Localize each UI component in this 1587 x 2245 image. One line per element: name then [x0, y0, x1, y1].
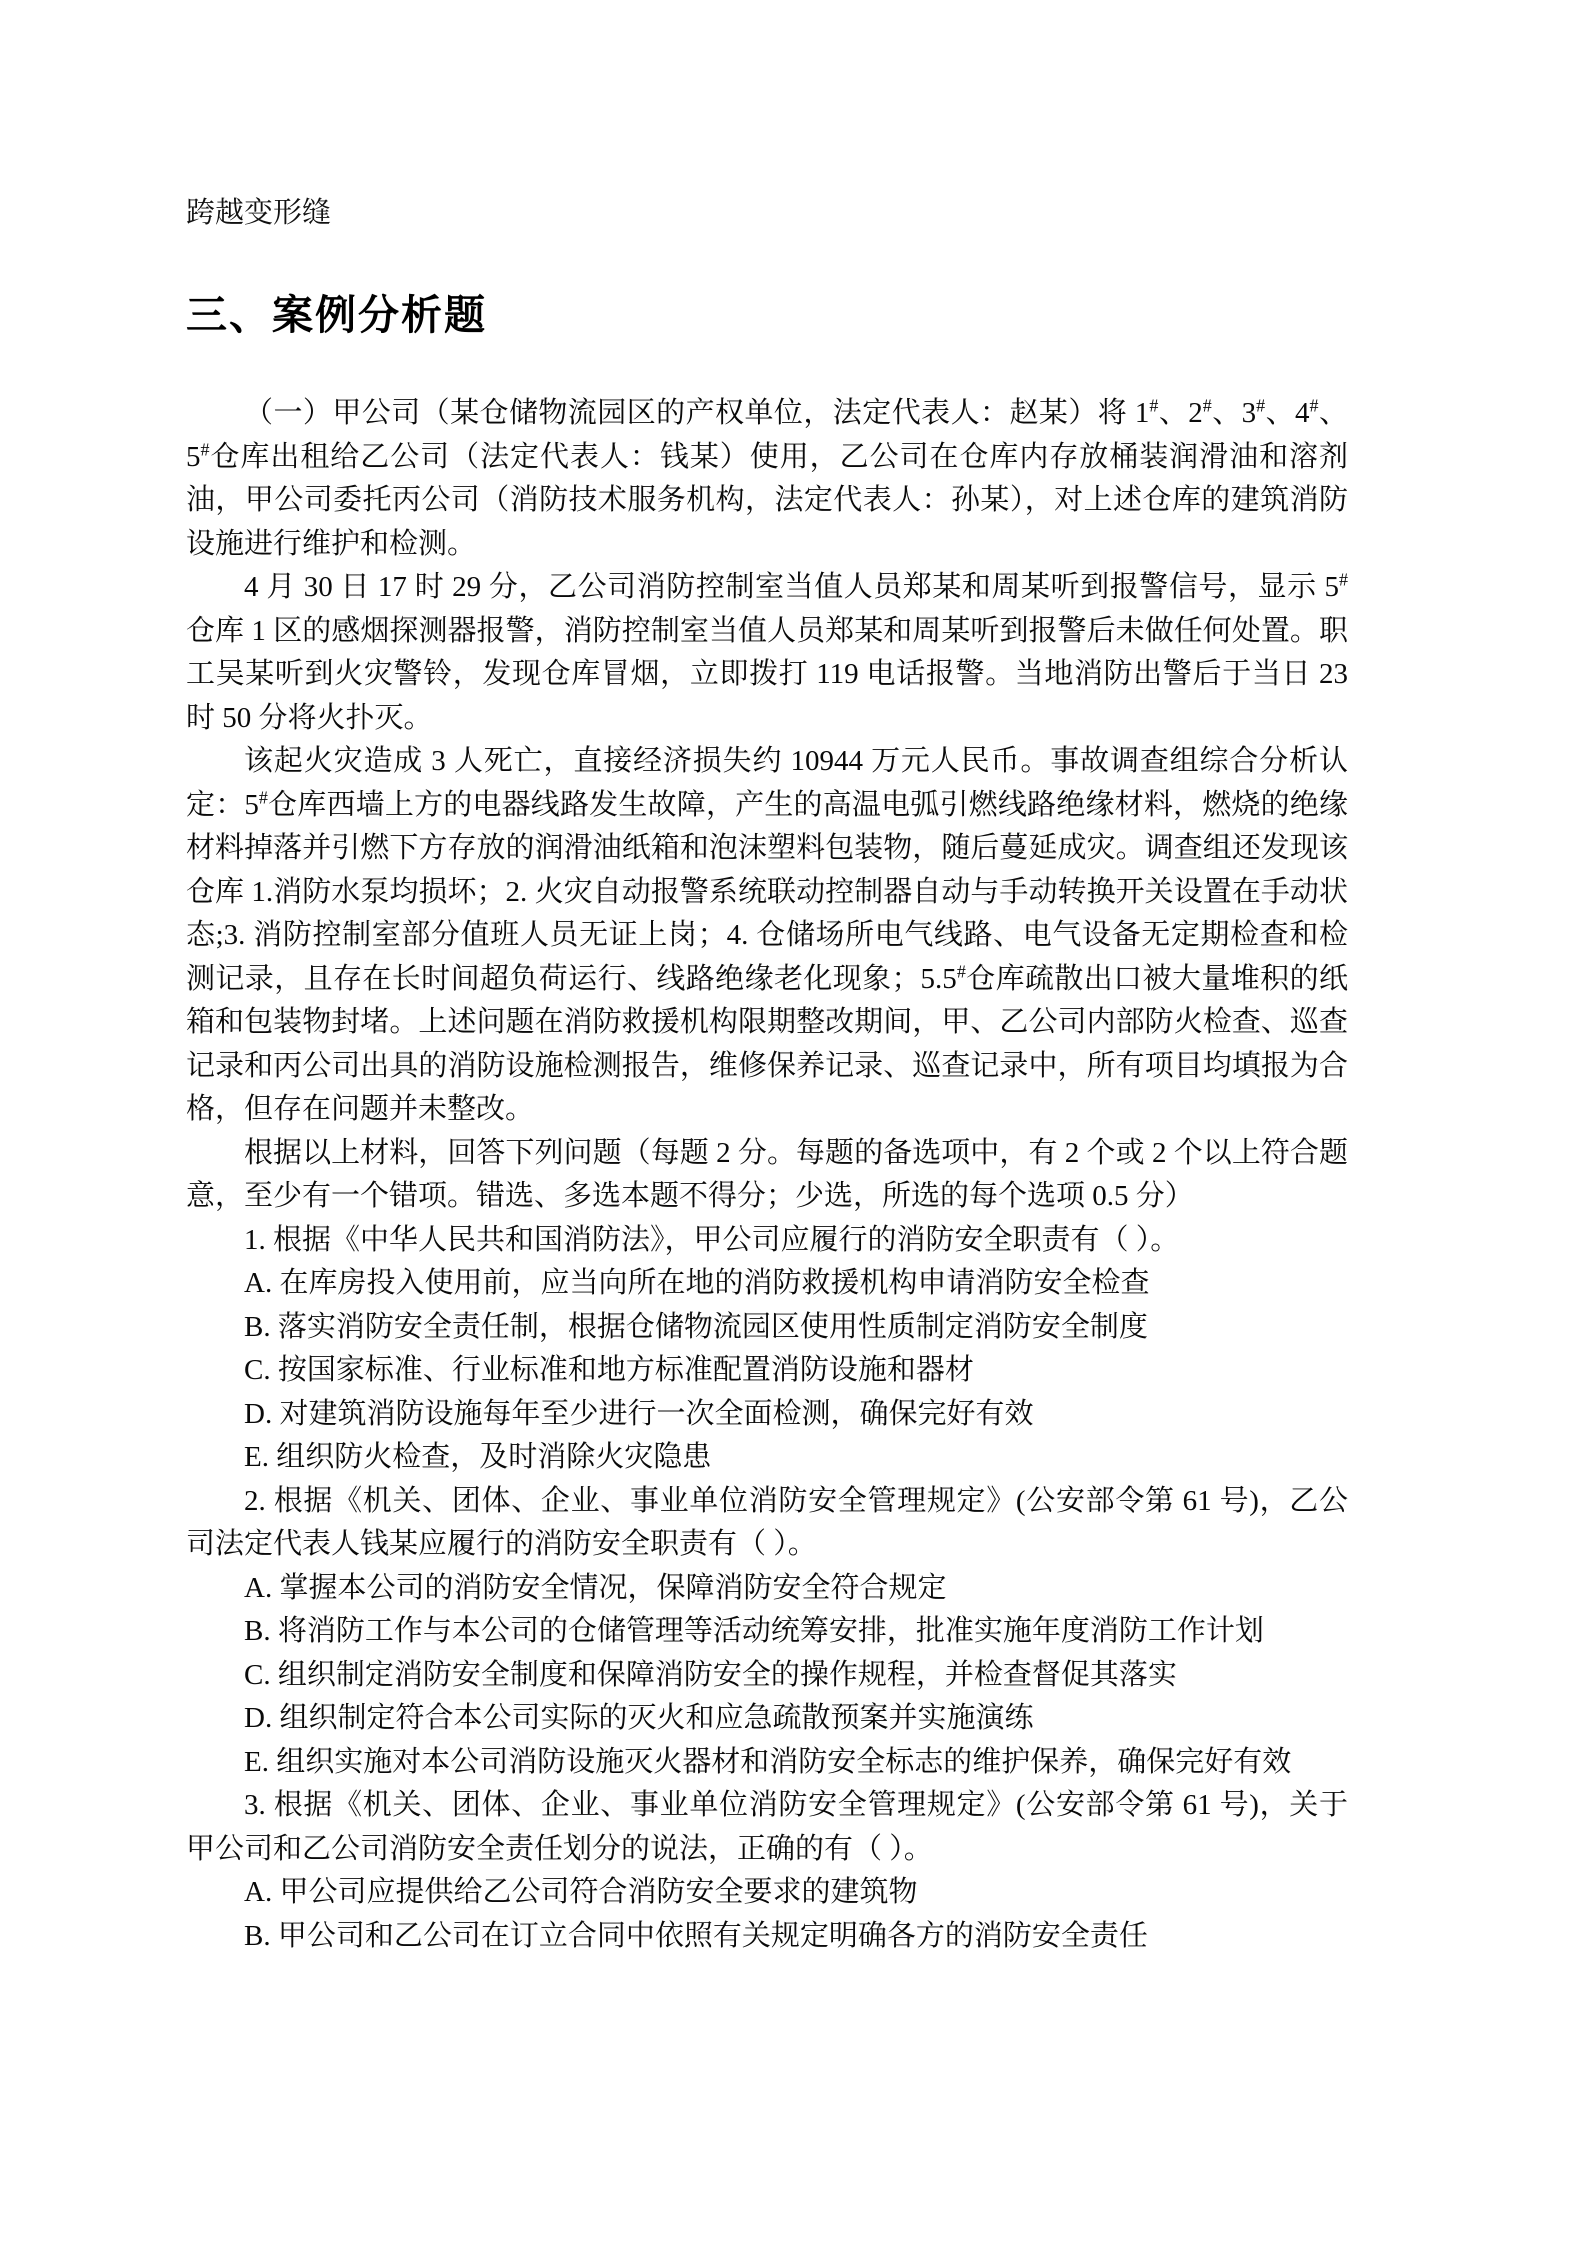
question-2-option-c: C. 组织制定消防安全制度和保障消防安全的操作规程，并检查督促其落实	[186, 1654, 1348, 1698]
section-heading: 三、案例分析题	[186, 290, 1348, 340]
question-2-stem: 2. 根据《机关、团体、企业、事业单位消防安全管理规定》(公安部令第 61 号)…	[186, 1480, 1348, 1567]
question-2-option-b: B. 将消防工作与本公司的仓储管理等活动统筹安排，批准实施年度消防工作计划	[186, 1610, 1348, 1654]
question-1-option-c: C. 按国家标准、行业标准和地方标准配置消防设施和器材	[186, 1349, 1348, 1393]
page-content: 跨越变形缝 三、案例分析题 （一）甲公司（某仓储物流园区的产权单位，法定代表人：…	[186, 196, 1348, 1958]
case-paragraph: 该起火灾造成 3 人死亡，直接经济损失约 10944 万元人民币。事故调查组综合…	[186, 740, 1348, 1132]
question-1-stem: 1. 根据《中华人民共和国消防法》，甲公司应履行的消防安全职责有（ ）。	[186, 1219, 1348, 1263]
question-1-option-a: A. 在库房投入使用前，应当向所在地的消防救援机构申请消防安全检查	[186, 1262, 1348, 1306]
top-note-text: 跨越变形缝	[186, 196, 1348, 230]
question-1-option-e: E. 组织防火检查，及时消除火灾隐患	[186, 1436, 1348, 1480]
question-2-option-a: A. 掌握本公司的消防安全情况，保障消防安全符合规定	[186, 1567, 1348, 1611]
question-2-option-d: D. 组织制定符合本公司实际的灭火和应急疏散预案并实施演练	[186, 1697, 1348, 1741]
question-3-option-b: B. 甲公司和乙公司在订立合同中依照有关规定明确各方的消防安全责任	[186, 1915, 1348, 1959]
case-paragraph: （一）甲公司（某仓储物流园区的产权单位，法定代表人：赵某）将 1#、2#、3#、…	[186, 392, 1348, 566]
question-3-option-a: A. 甲公司应提供给乙公司符合消防安全要求的建筑物	[186, 1871, 1348, 1915]
question-3-stem: 3. 根据《机关、团体、企业、事业单位消防安全管理规定》(公安部令第 61 号)…	[186, 1784, 1348, 1871]
question-1-option-d: D. 对建筑消防设施每年至少进行一次全面检测，确保完好有效	[186, 1393, 1348, 1437]
question-1-option-b: B. 落实消防安全责任制，根据仓储物流园区使用性质制定消防安全制度	[186, 1306, 1348, 1350]
document-page: 跨越变形缝 三、案例分析题 （一）甲公司（某仓储物流园区的产权单位，法定代表人：…	[0, 0, 1587, 2245]
case-paragraph: 根据以上材料，回答下列问题（每题 2 分。每题的备选项中，有 2 个或 2 个以…	[186, 1132, 1348, 1219]
question-2-option-e: E. 组织实施对本公司消防设施灭火器材和消防安全标志的维护保养，确保完好有效	[186, 1741, 1348, 1785]
case-body: （一）甲公司（某仓储物流园区的产权单位，法定代表人：赵某）将 1#、2#、3#、…	[186, 392, 1348, 1958]
case-paragraph: 4 月 30 日 17 时 29 分，乙公司消防控制室当值人员郑某和周某听到报警…	[186, 566, 1348, 740]
